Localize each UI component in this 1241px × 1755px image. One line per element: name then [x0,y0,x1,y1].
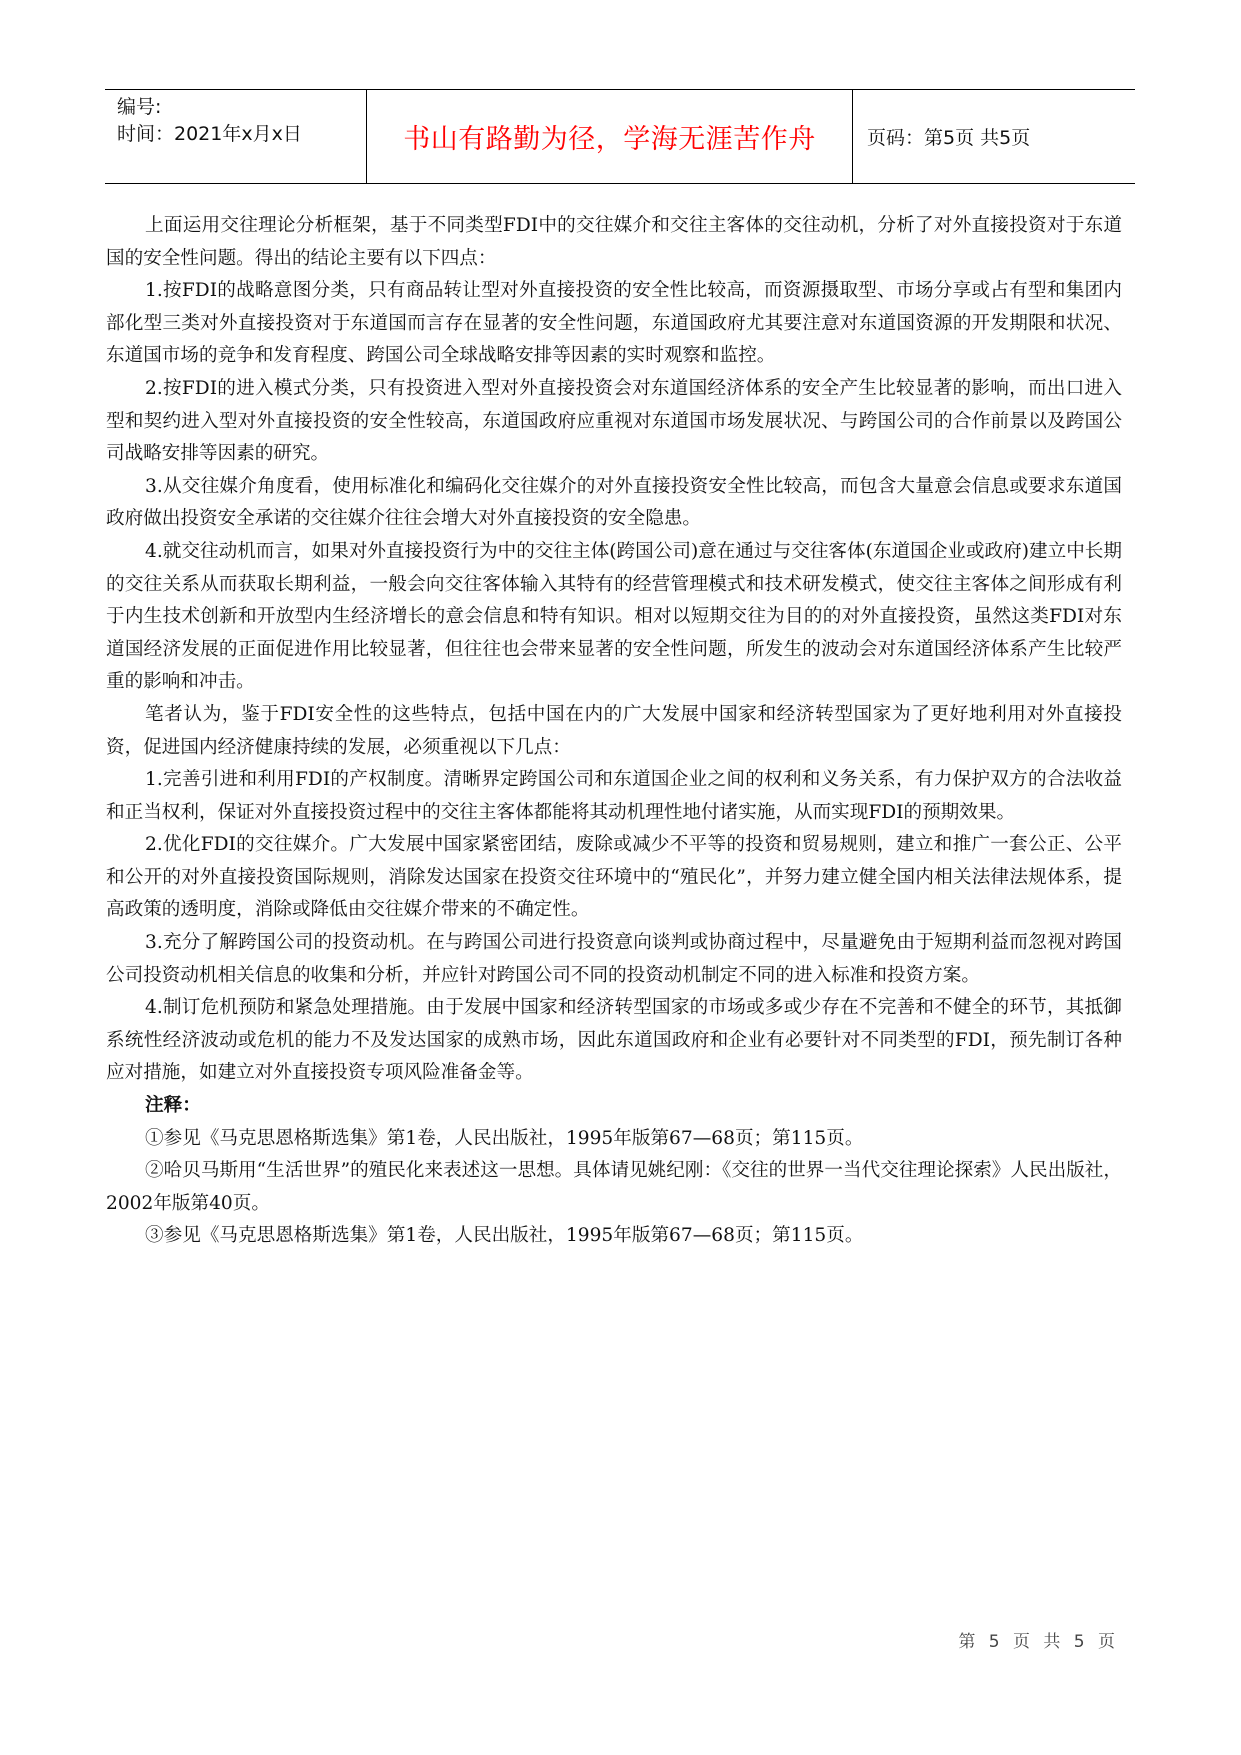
paragraph-intro: 上面运用交往理论分析框架，基于不同类型FDI中的交往媒介和交往主客体的交往动机，… [106,210,1122,275]
notes-heading: 注释： [106,1090,1122,1123]
paragraph-author-view: 笔者认为，鉴于FDI安全性的这些特点，包括中国在内的广大发展中国家和经济转型国家… [106,699,1122,764]
paragraph-conclusion-2: 2.按FDI的进入模式分类，只有投资进入型对外直接投资会对东道国经济体系的安全产… [106,373,1122,471]
paragraph-conclusion-3: 3.从交往媒介角度看，使用标准化和编码化交往媒介的对外直接投资安全性比较高，而包… [106,471,1122,536]
page-info: 页码：第5页 共5页 [867,123,1030,150]
page-footer: 第 5 页 共 5 页 [958,1627,1119,1652]
motto-text: 书山有路勤为径，学海无涯苦作舟 [403,117,816,156]
paragraph-recommendation-1: 1.完善引进和利用FDI的产权制度。清晰界定跨国公司和东道国企业之间的权利和义务… [106,764,1122,829]
note-1: ①参见《马克思恩格斯选集》第1卷，人民出版社，1995年版第67—68页；第11… [106,1123,1122,1156]
note-3: ③参见《马克思恩格斯选集》第1卷，人民出版社，1995年版第67—68页；第11… [106,1220,1122,1253]
footer-page-number: 第 5 页 共 5 页 [958,1632,1119,1652]
paragraph-conclusion-4: 4.就交往动机而言，如果对外直接投资行为中的交往主体(跨国公司)意在通过与交往客… [106,536,1122,699]
date-label: 时间：2021年x月x日 [117,121,366,148]
header-motto-cell: 书山有路勤为径，学海无涯苦作舟 [367,90,853,183]
paragraph-conclusion-1: 1.按FDI的战略意图分类，只有商品转让型对外直接投资的安全性比较高，而资源摄取… [106,275,1122,373]
header-page-cell: 页码：第5页 共5页 [853,90,1135,183]
document-body: 上面运用交往理论分析框架，基于不同类型FDI中的交往媒介和交往主客体的交往动机，… [106,210,1122,1253]
paragraph-recommendation-2: 2.优化FDI的交往媒介。广大发展中国家紧密团结，废除或减少不平等的投资和贸易规… [106,829,1122,927]
header-meta-cell: 编号: 时间：2021年x月x日 [105,90,367,183]
paragraph-recommendation-4: 4.制订危机预防和紧急处理措施。由于发展中国家和经济转型国家的市场或多或少存在不… [106,992,1122,1090]
document-header: 编号: 时间：2021年x月x日 书山有路勤为径，学海无涯苦作舟 页码：第5页 … [105,89,1135,184]
paragraph-recommendation-3: 3.充分了解跨国公司的投资动机。在与跨国公司进行投资意向谈判或协商过程中，尽量避… [106,927,1122,992]
serial-number-label: 编号: [117,94,366,121]
note-2: ②哈贝马斯用“生活世界”的殖民化来表述这一思想。具体请见姚纪刚：《交往的世界一当… [106,1155,1122,1220]
